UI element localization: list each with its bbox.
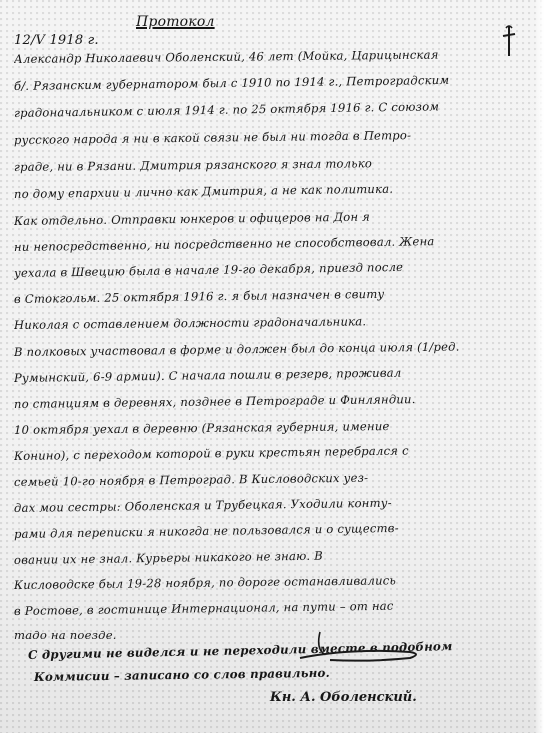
text-line: ни непосредственно, ни посредственно не …: [14, 233, 534, 254]
signature-flourish-icon: [290, 630, 430, 670]
text-line: градоначальником с июля 1914 г. по 25 ок…: [14, 98, 534, 120]
scanned-document-page: Протокол 12/V 1918 г. Александр Николаев…: [0, 0, 548, 733]
closing-statement: Коммисии – записано со слов правильно.: [34, 666, 330, 684]
text-line: в Ростове, в гостинице Интернационал, на…: [14, 597, 534, 618]
text-line: русского народа я ни в какой связи не бы…: [14, 127, 534, 147]
text-line: по дому епархии и лично как Дмитрия, а н…: [14, 180, 534, 201]
text-line: в Стокгольм. 25 октября 1916 г. я был на…: [14, 285, 534, 306]
text-line: В полковых участвовал в форме и должен б…: [14, 339, 534, 359]
text-line: Кисловодске был 19-28 ноября, по дороге …: [14, 572, 534, 592]
text-line: семьей 10-го ноября в Петроград. В Кисло…: [14, 469, 534, 489]
text-line: рами для переписки я никогда не пользова…: [14, 519, 534, 541]
document-title: Протокол: [136, 14, 215, 30]
text-line: Как отдельно. Отправки юнкеров и офицеро…: [14, 208, 534, 228]
text-line: овании их не знал. Курьеры никакого не з…: [14, 546, 534, 567]
text-line: Румынский, 6-9 армии). С начала пошли в …: [14, 364, 534, 385]
document-date: 12/V 1918 г.: [14, 33, 99, 48]
text-line: Николая с оставлением должности градонач…: [14, 313, 534, 332]
text-line: б/. Рязанским губернатором был с 1910 по…: [14, 72, 534, 93]
blank-page-area: [0, 700, 548, 733]
text-line: Конино), с переходом которой в руки крес…: [14, 442, 534, 463]
text-line: по станциям в деревнях, позднее в Петрог…: [14, 391, 534, 411]
text-line: тадо на поезде.: [14, 628, 534, 642]
text-line: 10 октября уехал в деревню (Рязанская гу…: [14, 418, 534, 437]
text-line: дах мои сестры: Оболенская и Трубецкая. …: [14, 494, 534, 515]
text-line: Александр Николаевич Оболенский, 46 лет …: [14, 47, 534, 66]
text-line: уехала в Швецию была в начале 19-го дека…: [14, 258, 534, 280]
text-line: граде, ни в Рязани. Дмитрия рязанского я…: [14, 155, 534, 174]
